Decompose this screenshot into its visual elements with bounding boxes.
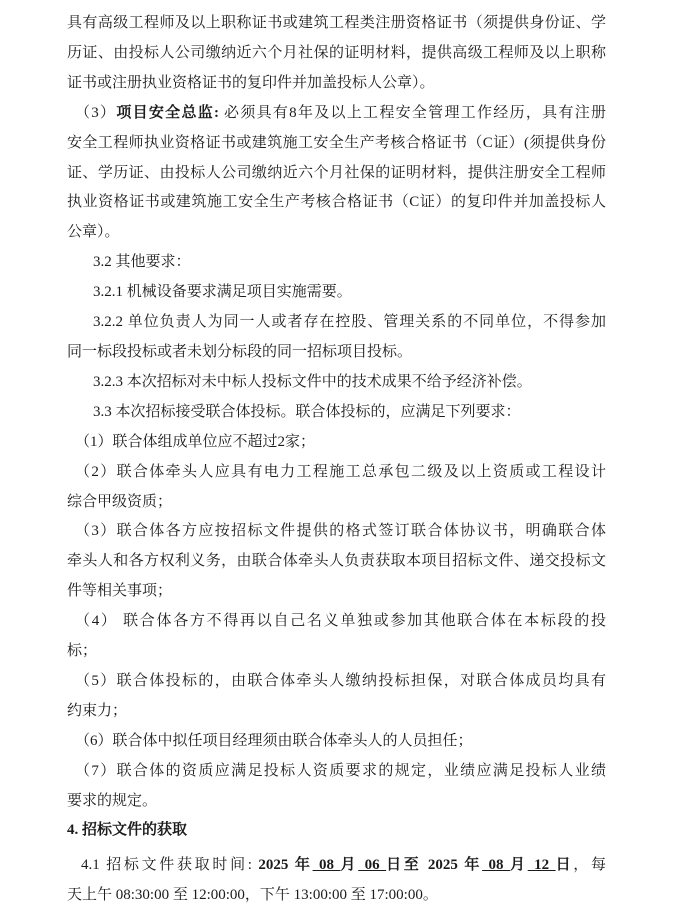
text-segment: 3.3 本次招标接受联合体投标。联合体投标的，应满足下列要求：	[93, 404, 521, 420]
text-segment: 2025 年	[258, 857, 312, 873]
text-segment: 公章）。	[67, 224, 120, 240]
date-underline-segment: 06	[358, 857, 386, 873]
text-segment: 同一标段投标或者未划分标段的同一招标项目投标。	[67, 344, 412, 360]
text-segment: 3.2.3 本次招标对未中标人投标文件中的技术成果不给予经济补偿。	[93, 374, 532, 390]
text-line: （3）联合体各方应按招标文件提供的格式签订联合体协议书，明确联合体	[67, 517, 606, 547]
text-line: （7）联合体的资质应满足投标人资质要求的规定，业绩应满足投标人业绩	[67, 757, 606, 787]
text-segment: 证书或注册执业资格证书的复印件并加盖投标人公章）。	[67, 75, 435, 91]
text-segment: （1）联合体组成单位应不超过2家；	[75, 434, 315, 450]
text-line: 要求的规定。	[67, 787, 606, 817]
text-line: 安全工程师执业资格证书或建筑施工安全生产考核合格证书（C证）(须提供身份	[67, 129, 606, 159]
text-segment: 必须具有8年及以上工程安全管理工作经历，具有注册	[219, 105, 606, 121]
date-underline-segment: 08	[313, 857, 341, 873]
text-segment: （4） 联合体各方不得再以自己名义单独或参加其他联合体在本标段的投	[75, 613, 606, 629]
text-line: （6）联合体中拟任项目经理须由联合体牵头人的人员担任；	[67, 727, 606, 757]
text-line: 历证、由投标人公司缴纳近六个月社保的证明材料，提供高级工程师及以上职称	[67, 39, 606, 69]
text-line: （4） 联合体各方不得再以自己名义单独或参加其他联合体在本标段的投	[67, 607, 606, 637]
text-segment: 约束力；	[67, 703, 127, 719]
text-line: 同一标段投标或者未划分标段的同一招标项目投标。	[67, 338, 606, 368]
text-line: 天上午 08:30:00 至 12:00:00，下午 13:00:00 至 17…	[67, 881, 606, 911]
date-underline-segment: 08	[482, 857, 510, 873]
text-segment: 日	[556, 857, 574, 873]
text-segment: 牵头人和各方权利义务，由联合体牵头人负责获取本项目招标文件、递交投标文	[67, 553, 606, 569]
text-segment: 执业资格证书或建筑施工安全生产考核合格证书（C证）的复印件并加盖投标人	[67, 194, 606, 210]
text-segment: （7）联合体的资质应满足投标人资质要求的规定，业绩应满足投标人业绩	[75, 763, 606, 779]
text-segment: 项目安全总监:	[116, 105, 219, 121]
text-line: 3.2 其他要求：	[67, 248, 606, 278]
text-line: 约束力；	[67, 697, 606, 727]
text-segment: 4.1 招标文件获取时间:	[81, 857, 258, 873]
text-segment: 4. 招标文件的获取	[67, 822, 187, 838]
text-line: 3.2.1 机械设备要求满足项目实施需要。	[67, 278, 606, 308]
text-segment: ，每	[573, 857, 606, 873]
text-segment: （3）	[75, 105, 116, 121]
text-segment: 3.2.1 机械设备要求满足项目实施需要。	[93, 284, 352, 300]
document-page: 具有高级工程师及以上职称证书或建筑工程类注册资格证书（须提供身份证、学历证、由投…	[0, 0, 677, 919]
text-segment: 证、学历证、由投标人公司缴纳近六个月社保的证明材料，提供注册安全工程师	[67, 165, 606, 181]
text-segment: 综合甲级资质；	[67, 494, 172, 510]
text-line: （1）联合体组成单位应不超过2家；	[67, 428, 606, 458]
text-line: 证书或注册执业资格证书的复印件并加盖投标人公章）。	[67, 69, 606, 99]
text-segment: 3.2.2 单位负责人为同一人或者存在控股、管理关系的不同单位，不得参加	[93, 314, 606, 330]
text-segment: （2）联合体牵头人应具有电力工程施工总承包二级及以上资质或工程设计	[75, 464, 606, 480]
text-line: 3.3 本次招标接受联合体投标。联合体投标的，应满足下列要求：	[67, 398, 606, 428]
text-line: 证、学历证、由投标人公司缴纳近六个月社保的证明材料，提供注册安全工程师	[67, 159, 606, 189]
text-segment: 要求的规定。	[67, 793, 157, 809]
text-segment: 件等相关事项；	[67, 583, 172, 599]
text-segment: 具有高级工程师及以上职称证书或建筑工程类注册资格证书（须提供身份证、学	[67, 15, 606, 31]
text-line: 牵头人和各方权利义务，由联合体牵头人负责获取本项目招标文件、递交投标文	[67, 547, 606, 577]
text-segment: 安全工程师执业资格证书或建筑施工安全生产考核合格证书（C证）(须提供身份	[67, 135, 606, 151]
text-segment: （6）联合体中拟任项目经理须由联合体牵头人的人员担任；	[75, 733, 473, 749]
document-text-block: 具有高级工程师及以上职称证书或建筑工程类注册资格证书（须提供身份证、学历证、由投…	[67, 9, 677, 911]
text-segment: 标；	[67, 643, 97, 659]
text-segment: 历证、由投标人公司缴纳近六个月社保的证明材料，提供高级工程师及以上职称	[67, 45, 606, 61]
text-segment: 3.2 其他要求：	[93, 254, 191, 270]
section-heading: 4. 招标文件的获取	[67, 816, 606, 846]
text-segment: （5）联合体投标的，由联合体牵头人缴纳投标担保，对联合体成员均具有	[75, 673, 606, 689]
text-segment: 日至 2025 年	[386, 857, 482, 873]
text-line: 4.1 招标文件获取时间: 2025 年 08 月 06 日至 2025 年 0…	[67, 851, 606, 881]
text-line: 件等相关事项；	[67, 577, 606, 607]
text-segment: 月	[340, 857, 358, 873]
text-line: 公章）。	[67, 218, 606, 248]
text-line: 执业资格证书或建筑施工安全生产考核合格证书（C证）的复印件并加盖投标人	[67, 188, 606, 218]
text-line: （5）联合体投标的，由联合体牵头人缴纳投标担保，对联合体成员均具有	[67, 667, 606, 697]
text-line: 3.2.3 本次招标对未中标人投标文件中的技术成果不给予经济补偿。	[67, 368, 606, 398]
text-line: 标；	[67, 637, 606, 667]
text-line: （3）项目安全总监: 必须具有8年及以上工程安全管理工作经历，具有注册	[67, 99, 606, 129]
text-segment: 天上午 08:30:00 至 12:00:00，下午 13:00:00 至 17…	[67, 887, 438, 903]
date-underline-segment: 12	[528, 857, 556, 873]
text-segment: 月	[510, 857, 528, 873]
text-segment: （3）联合体各方应按招标文件提供的格式签订联合体协议书，明确联合体	[75, 523, 606, 539]
text-line: 3.2.2 单位负责人为同一人或者存在控股、管理关系的不同单位，不得参加	[67, 308, 606, 338]
text-line: 综合甲级资质；	[67, 488, 606, 518]
text-line: （2）联合体牵头人应具有电力工程施工总承包二级及以上资质或工程设计	[67, 458, 606, 488]
text-line: 具有高级工程师及以上职称证书或建筑工程类注册资格证书（须提供身份证、学	[67, 9, 606, 39]
